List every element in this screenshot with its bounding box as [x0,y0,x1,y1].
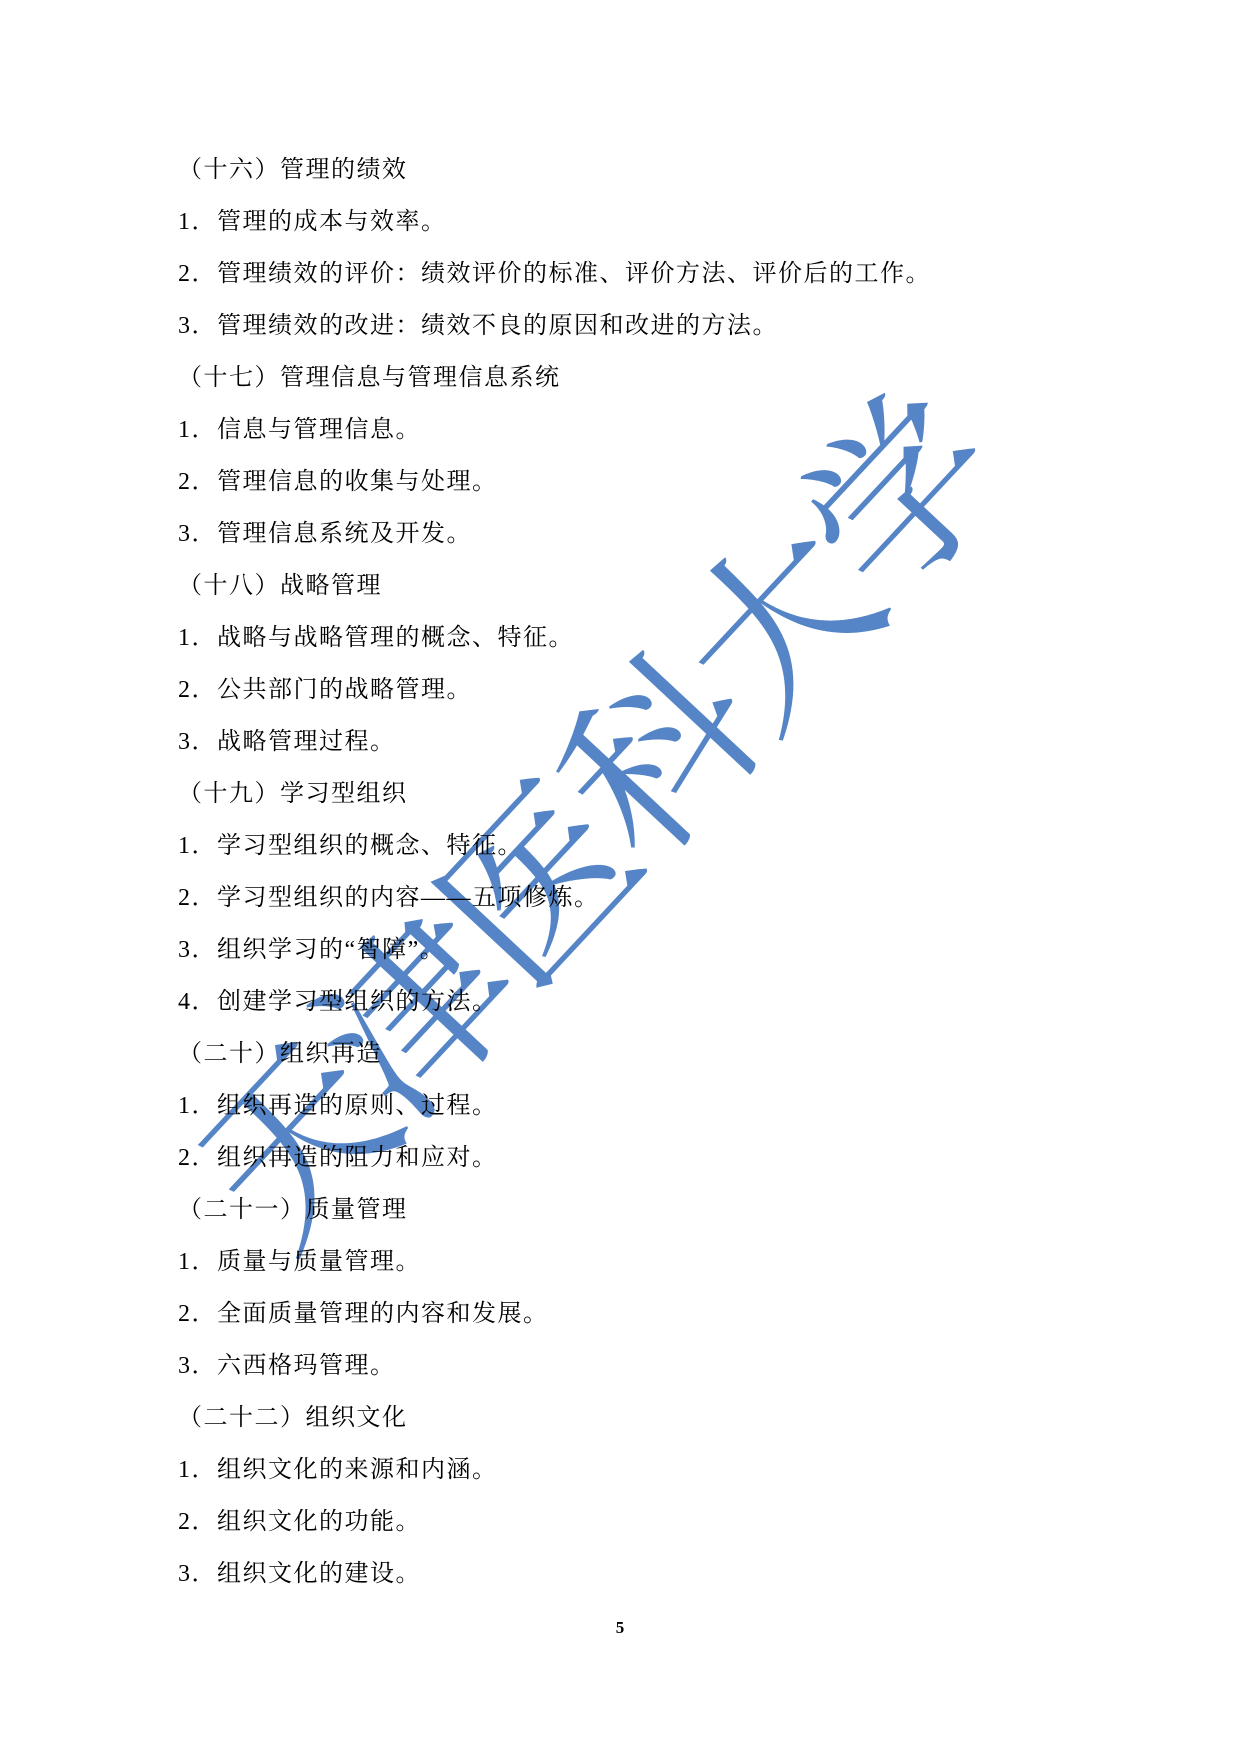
outline-item: 1．质量与质量管理。 [178,1236,1180,1288]
outline-item: 2．组织再造的阻力和应对。 [178,1132,1180,1184]
outline-item: 3．组织文化的建设。 [178,1548,1180,1600]
outline-item: 3．管理信息系统及开发。 [178,508,1180,560]
outline-item: 2．组织文化的功能。 [178,1496,1180,1548]
outline-item: 1．组织文化的来源和内涵。 [178,1444,1180,1496]
section-heading: （二十一）质量管理 [178,1184,1180,1236]
outline-item: 3．组织学习的“智障”。 [178,924,1180,976]
section-heading: （十九）学习型组织 [178,768,1180,820]
outline-item: 3．战略管理过程。 [178,716,1180,768]
section-heading: （十七）管理信息与管理信息系统 [178,352,1180,404]
outline-item: 1．管理的成本与效率。 [178,196,1180,248]
outline-item: 2．管理信息的收集与处理。 [178,456,1180,508]
outline-item: 1．组织再造的原则、过程。 [178,1080,1180,1132]
section-heading: （十八）战略管理 [178,560,1180,612]
outline-item: 2．学习型组织的内容——五项修炼。 [178,872,1180,924]
outline-item: 1．学习型组织的概念、特征。 [178,820,1180,872]
outline-item: 3．管理绩效的改进：绩效不良的原因和改进的方法。 [178,300,1180,352]
outline-item: 4．创建学习型组织的方法。 [178,976,1180,1028]
section-heading: （二十二）组织文化 [178,1392,1180,1444]
section-heading: （十六）管理的绩效 [178,144,1180,196]
outline-item: 2．公共部门的战略管理。 [178,664,1180,716]
section-heading: （二十）组织再造 [178,1028,1180,1080]
outline-item: 1．信息与管理信息。 [178,404,1180,456]
outline-content: （十六）管理的绩效 1．管理的成本与效率。 2．管理绩效的评价：绩效评价的标准、… [178,144,1180,1600]
outline-item: 2．全面质量管理的内容和发展。 [178,1288,1180,1340]
outline-item: 3．六西格玛管理。 [178,1340,1180,1392]
outline-item: 1．战略与战略管理的概念、特征。 [178,612,1180,664]
document-page: 天津医科大学 （十六）管理的绩效 1．管理的成本与效率。 2．管理绩效的评价：绩… [0,0,1240,1754]
page-number: 5 [0,1618,1240,1638]
outline-item: 2．管理绩效的评价：绩效评价的标准、评价方法、评价后的工作。 [178,248,1180,300]
